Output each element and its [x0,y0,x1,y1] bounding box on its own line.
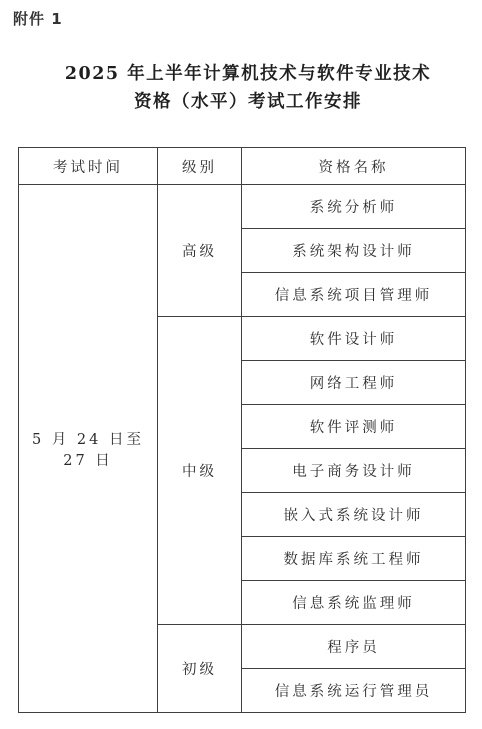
qualification-cell: 软件设计师 [242,317,466,361]
table-header-row: 考试时间 级别 资格名称 [19,148,466,185]
attachment-label: 附件 1 [13,8,63,29]
header-qualification-name: 资格名称 [242,148,466,185]
header-exam-time: 考试时间 [19,148,158,185]
qualification-cell: 信息系统监理师 [242,581,466,625]
qualification-cell: 嵌入式系统设计师 [242,493,466,537]
table-row: 5 月 24 日至 27 日高级系统分析师 [19,185,466,229]
level-cell: 中级 [158,317,242,625]
document-page: 附件 1 2025 年上半年计算机技术与软件专业技术 资格（水平）考试工作安排 … [0,0,482,729]
exam-schedule-table: 考试时间 级别 资格名称 5 月 24 日至 27 日高级系统分析师系统架构设计… [18,147,466,713]
qualification-cell: 程序员 [242,625,466,669]
document-title: 2025 年上半年计算机技术与软件专业技术 资格（水平）考试工作安排 [0,60,482,116]
qualification-cell: 系统分析师 [242,185,466,229]
level-cell: 高级 [158,185,242,317]
exam-time-cell: 5 月 24 日至 27 日 [19,185,158,713]
qualification-cell: 数据库系统工程师 [242,537,466,581]
qualification-cell: 软件评测师 [242,405,466,449]
header-level: 级别 [158,148,242,185]
document-title-line2: 资格（水平）考试工作安排 [14,88,482,116]
qualification-cell: 网络工程师 [242,361,466,405]
table-body: 5 月 24 日至 27 日高级系统分析师系统架构设计师信息系统项目管理师中级软… [19,185,466,713]
document-title-line1: 2025 年上半年计算机技术与软件专业技术 [14,60,482,88]
qualification-cell: 信息系统项目管理师 [242,273,466,317]
qualification-cell: 系统架构设计师 [242,229,466,273]
qualification-cell: 电子商务设计师 [242,449,466,493]
level-cell: 初级 [158,625,242,713]
qualification-cell: 信息系统运行管理员 [242,669,466,713]
